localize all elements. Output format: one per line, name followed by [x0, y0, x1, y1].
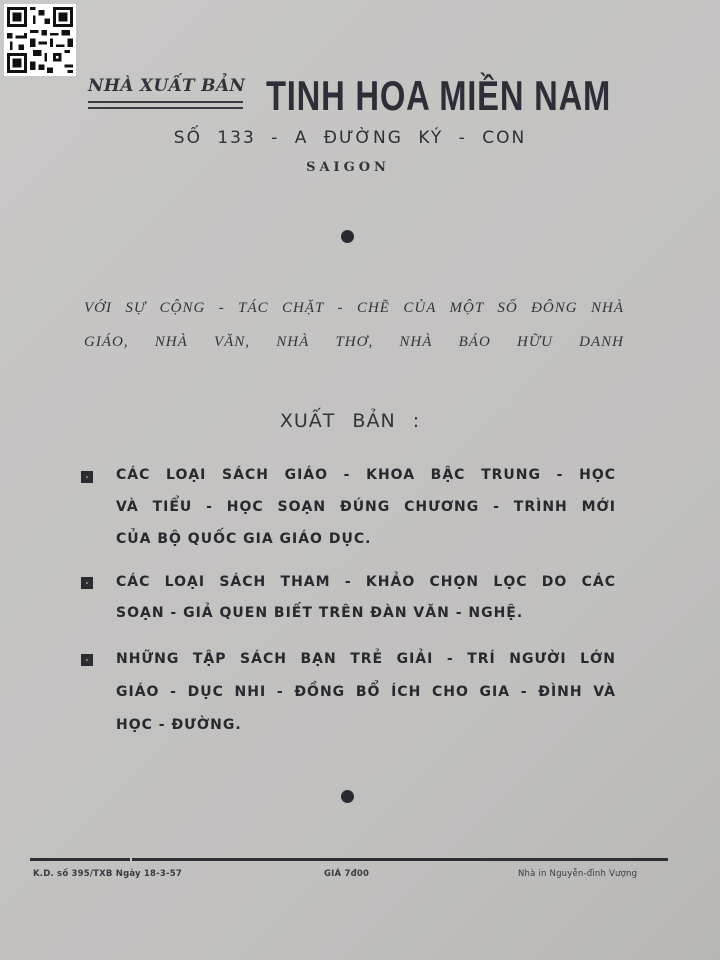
- section-heading: XUẤT BẢN :: [0, 410, 700, 432]
- qr-code-icon: [4, 4, 76, 76]
- publisher-title: TINH HOA MIỀN NAM: [266, 72, 611, 120]
- license-number: K.D. số 395/TXB Ngày 18-3-57: [33, 869, 182, 879]
- list-item-line: CÁC LOẠI SÁCH GIÁO - KHOA BẬC TRUNG - HỌ…: [116, 467, 616, 483]
- list-item-line: SOẠN - GIẢ QUEN BIẾT TRÊN ĐÀN VĂN - NGHỆ…: [116, 605, 616, 621]
- footer-rule: [30, 858, 130, 861]
- intro-line: VỚI SỰ CỘNG - TÁC CHẶT - CHẼ CỦA MỘT SỐ …: [84, 300, 624, 317]
- footer-rule: [132, 858, 668, 861]
- publisher-address: SỐ 133 - A ĐƯỜNG KÝ - CON: [0, 128, 700, 148]
- price-label: GIÁ 7đ00: [324, 869, 369, 879]
- intro-line: GIÁO, NHÀ VĂN, NHÀ THƠ, NHÀ BÁO HỮU DANH: [84, 334, 624, 351]
- list-item-line: GIÁO - DỤC NHI - ĐỒNG BỔ ÍCH CHO GIA - Đ…: [116, 684, 616, 700]
- ornament-dot-icon: [341, 790, 354, 803]
- publisher-city: SAIGON: [0, 160, 696, 175]
- ornament-dot-icon: [341, 230, 354, 243]
- underline-rule: [88, 101, 243, 103]
- square-bullet-icon: [81, 471, 93, 483]
- underline-rule: [88, 107, 243, 109]
- list-item-line: CÁC LOẠI SÁCH THAM - KHẢO CHỌN LỌC DO CÁ…: [116, 574, 616, 590]
- list-item-line: HỌC - ĐƯỜNG.: [116, 717, 616, 733]
- list-item-line: VÀ TIỂU - HỌC SOẠN ĐÚNG CHƯƠNG - TRÌNH M…: [116, 499, 616, 515]
- publisher-label: NHÀ XUẤT BẢN: [88, 76, 245, 96]
- list-item-line: CỦA BỘ QUỐC GIA GIÁO DỤC.: [116, 531, 616, 547]
- printer-name: Nhà in Nguyễn-đình Vượng: [518, 869, 637, 879]
- list-item-line: NHỮNG TẬP SÁCH BẠN TRẺ GIẢI - TRÍ NGƯỜI …: [116, 651, 616, 667]
- square-bullet-icon: [81, 654, 93, 666]
- square-bullet-icon: [81, 577, 93, 589]
- scanned-page: NHÀ XUẤT BẢN TINH HOA MIỀN NAM SỐ 133 - …: [0, 0, 720, 960]
